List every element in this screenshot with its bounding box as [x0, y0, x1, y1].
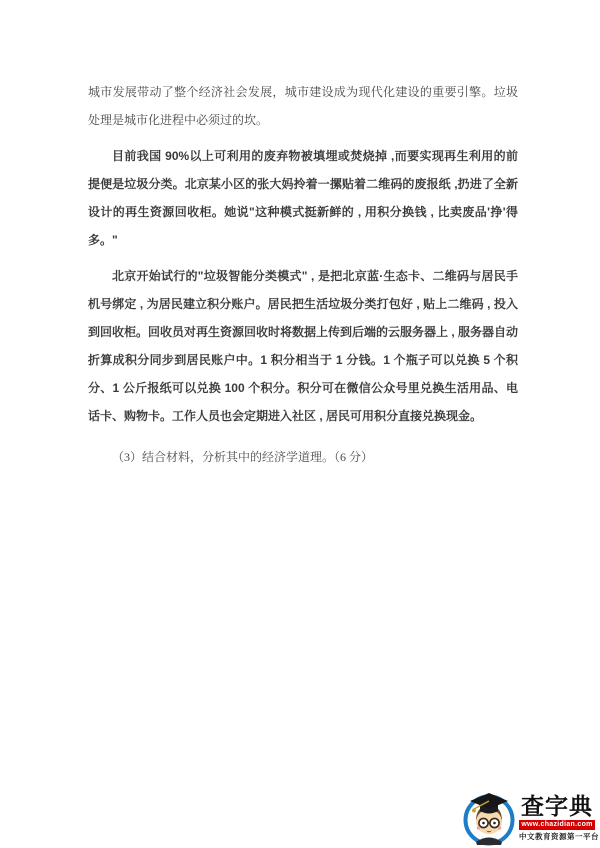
brand-name: 查字典 — [519, 794, 595, 820]
paragraph-material-1: 目前我国 90%以上可利用的废弃物被填埋或焚烧掉 ,而要实现再生利用的前提便是垃… — [88, 142, 518, 254]
document-body: 城市发展带动了整个经济社会发展，城市建设成为现代化建设的重要引擎。垃圾处理是城市… — [88, 78, 518, 471]
question-line: （3）结合材料，分析其中的经济学道理。（6 分） — [88, 443, 518, 471]
graduate-student-mascot-icon — [461, 790, 517, 846]
document-page: 城市发展带动了整个经济社会发展，城市建设成为现代化建设的重要引擎。垃圾处理是城市… — [0, 0, 600, 848]
paragraph-intro: 城市发展带动了整个经济社会发展，城市建设成为现代化建设的重要引擎。垃圾处理是城市… — [88, 78, 518, 134]
brand-slogan: 中文教育资源第一平台 — [519, 831, 595, 842]
chazidian-watermark: 查字典 www.chazidian.com 中文教育资源第一平台 — [461, 790, 595, 846]
brand-url-banner: www.chazidian.com — [519, 820, 595, 830]
watermark-text-block: 查字典 www.chazidian.com 中文教育资源第一平台 — [519, 794, 595, 842]
paragraph-material-2: 北京开始试行的"垃圾智能分类模式" , 是把北京蓝·生态卡、二维码与居民手机号绑… — [88, 262, 518, 430]
